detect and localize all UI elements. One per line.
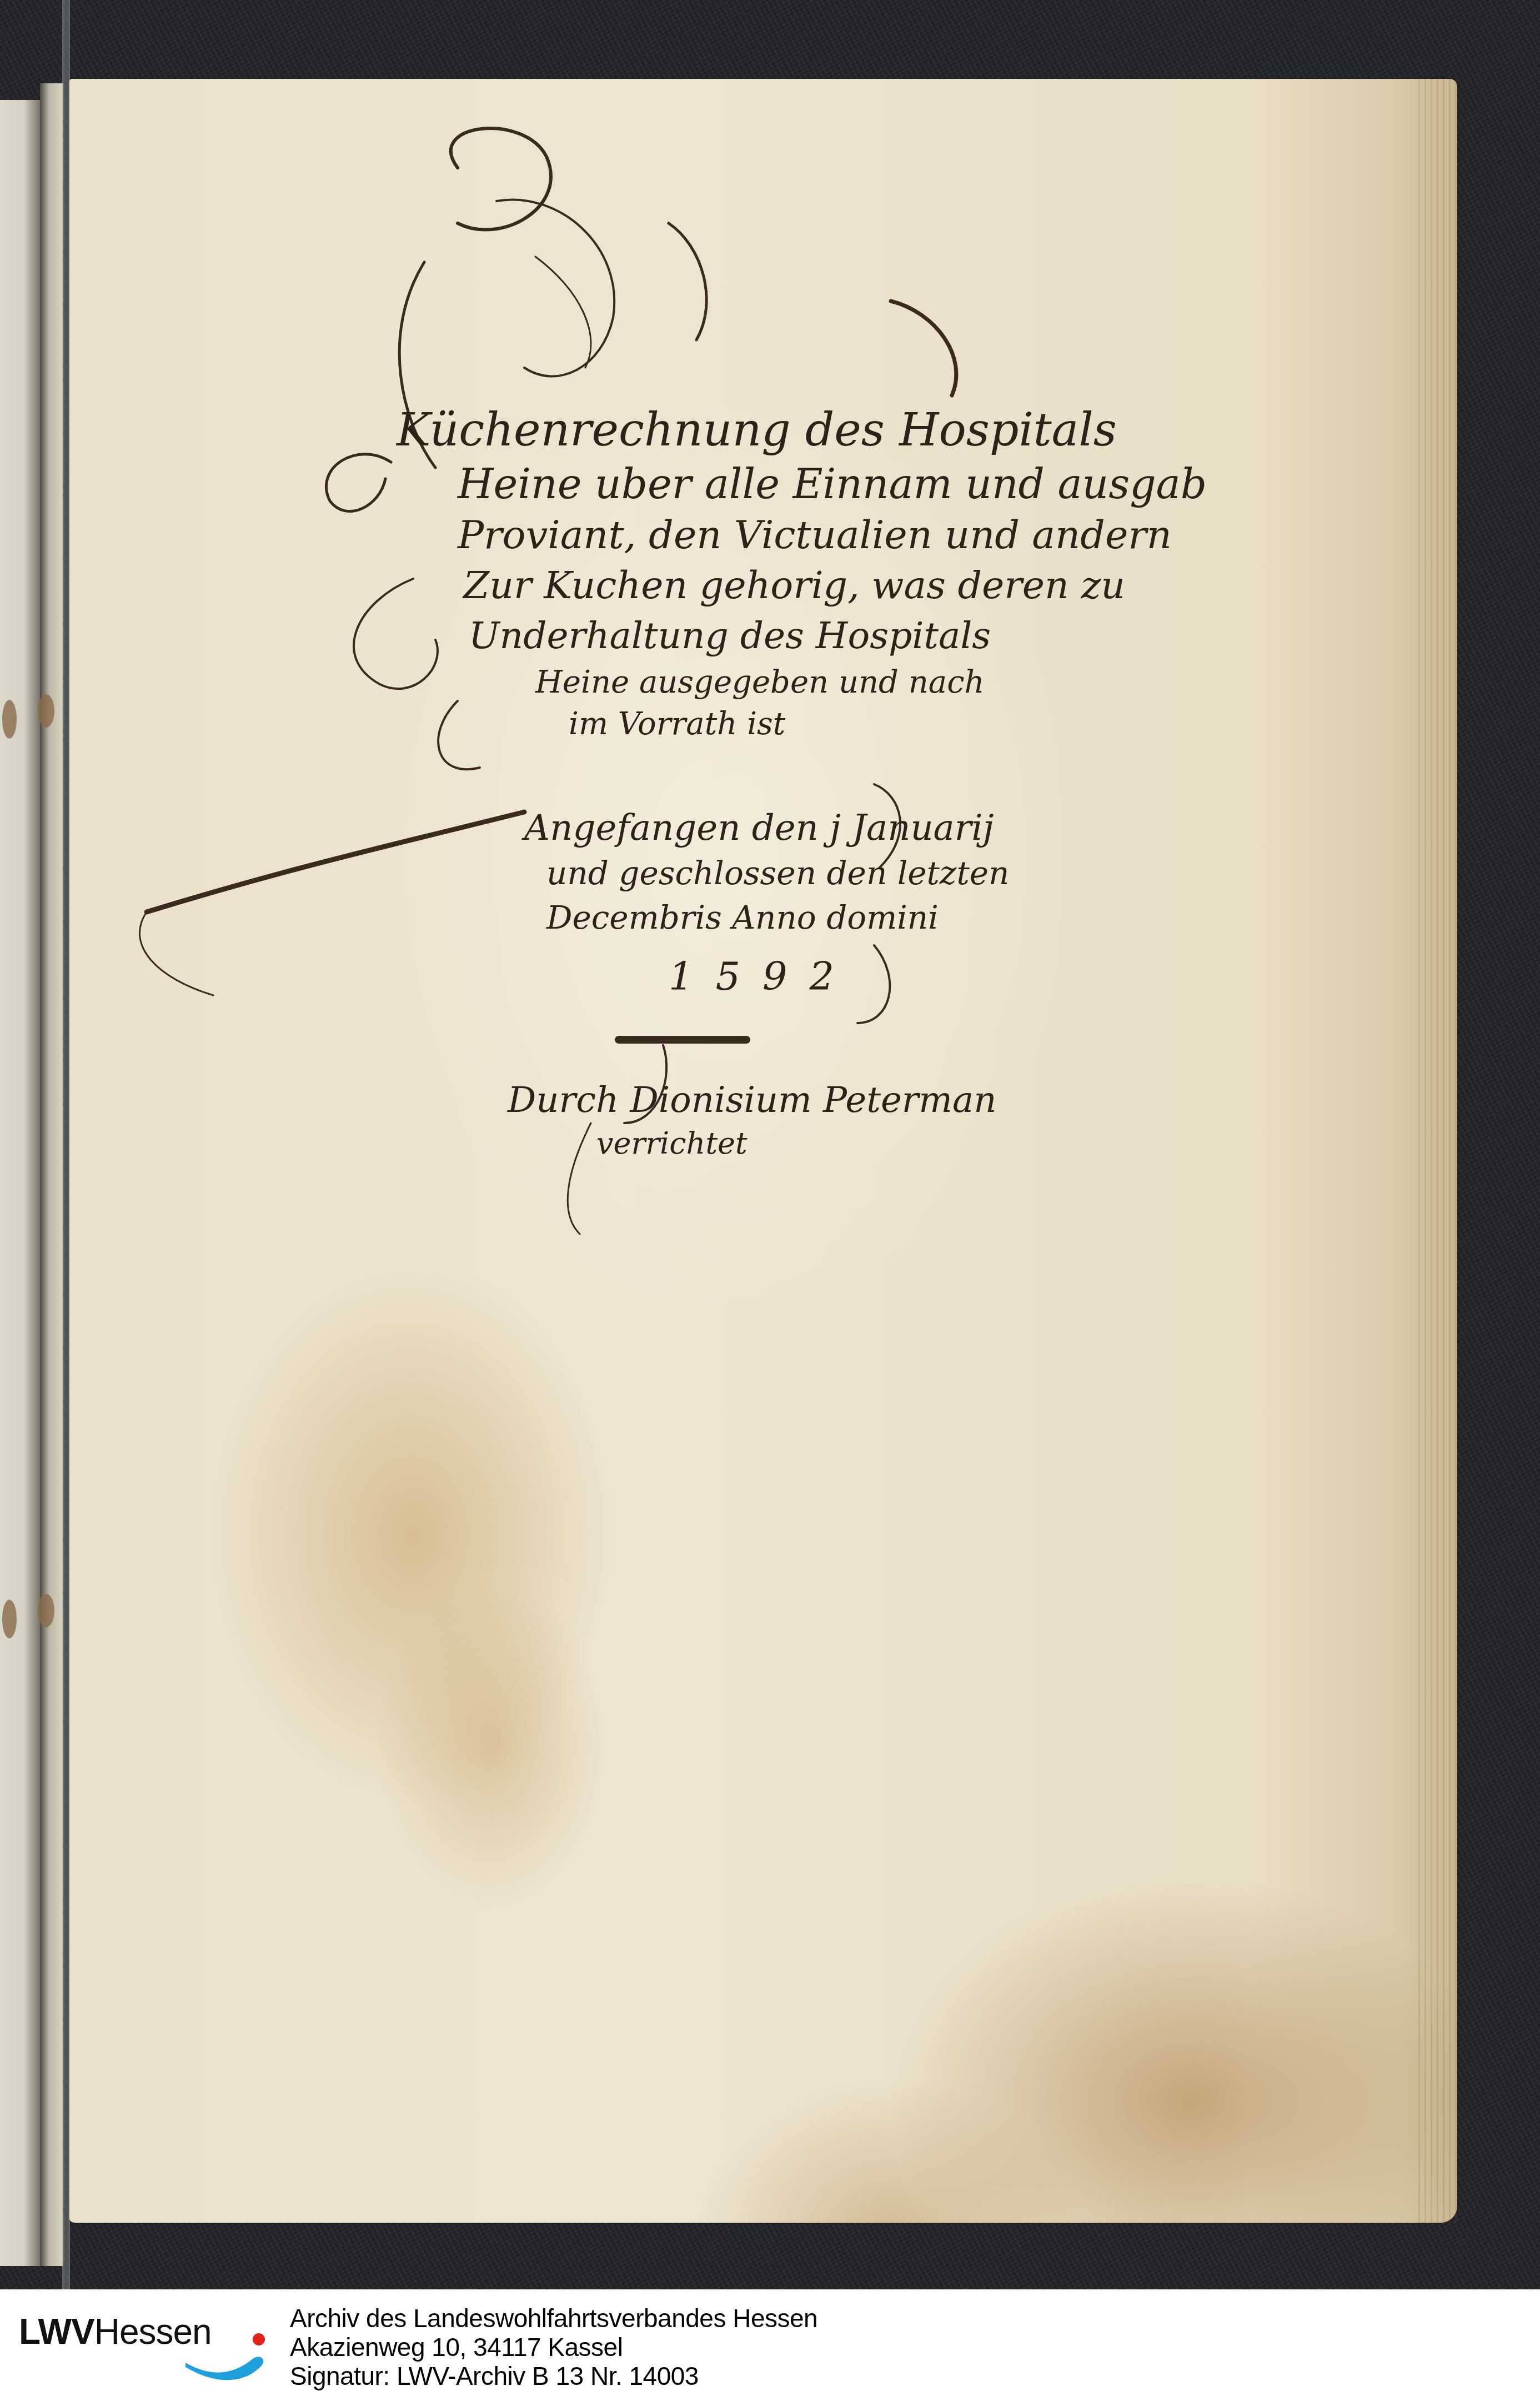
- title-line-7: im Vorrath ist: [569, 706, 786, 742]
- archive-signature: Signatur: LWV-Archiv B 13 Nr. 14003: [290, 2362, 817, 2390]
- manuscript-page: Küchenrechnung des Hospitals Heine uber …: [69, 79, 1457, 2223]
- previous-page-edge: [0, 100, 43, 2266]
- logo-blue-swoosh-icon: [185, 2357, 263, 2380]
- logo-red-dot-icon: [253, 2333, 265, 2345]
- previous-page-fold: [40, 83, 63, 2266]
- archive-footer: LWVHessen Archiv des Landeswohlfahrtsver…: [0, 2289, 1540, 2401]
- title-line-6: Heine ausgegeben und nach: [535, 664, 985, 700]
- author-line-1: Durch Dionisium Peterman: [507, 1080, 996, 1121]
- date-line-3: Decembris Anno domini: [546, 899, 939, 936]
- scanner-glass-edge: [62, 0, 70, 2289]
- binding-hole: [38, 694, 54, 728]
- author-line-2: verrichtet: [596, 1126, 748, 1161]
- title-line-2: Heine uber alle Einnam und ausgab: [457, 460, 1207, 508]
- lwv-hessen-logo: LWVHessen: [19, 2306, 274, 2389]
- archive-name: Archiv des Landeswohlfahrtsverbandes Hes…: [290, 2304, 817, 2333]
- date-line-1: Angefangen den j Januarij: [521, 808, 994, 849]
- handwriting-layer: Küchenrechnung des Hospitals Heine uber …: [69, 79, 1457, 2223]
- binding-hole: [38, 1594, 54, 1627]
- binding-hole: [2, 700, 17, 739]
- title-line-5: Underhaltung des Hospitals: [469, 614, 991, 657]
- binding-hole: [2, 1600, 17, 1638]
- logo-smile-icon: [19, 2306, 280, 2389]
- archive-address: Akazienweg 10, 34117 Kassel: [290, 2333, 817, 2362]
- title-line-3: Proviant, den Victualien und andern: [457, 512, 1172, 558]
- title-line-4: Zur Kuchen gehorig, was deren zu: [462, 564, 1125, 608]
- title-line-1: Küchenrechnung des Hospitals: [395, 404, 1117, 457]
- date-year: 1592: [669, 954, 856, 999]
- manuscript-scan: Küchenrechnung des Hospitals Heine uber …: [0, 0, 1540, 2289]
- archive-info: Archiv des Landeswohlfahrtsverbandes Hes…: [290, 2304, 817, 2390]
- date-line-2: und geschlossen den letzten: [546, 854, 1009, 892]
